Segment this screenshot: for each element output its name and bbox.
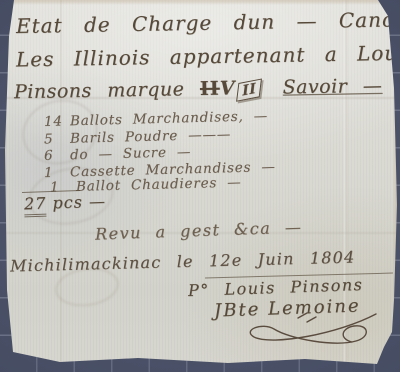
cargo-item-row: 5 Barils Poudre ——— <box>44 127 231 148</box>
document-paper: Etat de Charge dun — Canot pour Les Illi… <box>0 0 400 372</box>
item-qty: 14 <box>44 113 70 130</box>
title-line-3: Pinsons marque IIVII Savoir — <box>14 75 383 103</box>
photo-stage: Etat de Charge dun — Canot pour Les Illi… <box>0 0 400 372</box>
place-date-line: Michilimackinac le 12e Juin 1804 <box>10 247 356 275</box>
title-line-1: Etat de Charge dun — Canot pour <box>16 6 400 38</box>
item-desc: Ballots Marchandises, — <box>70 108 268 129</box>
title-line-3-text: Pinsons marque <box>14 78 185 103</box>
item-desc: do — Sucre — <box>70 144 192 163</box>
owner-mark-struck: II <box>200 78 220 100</box>
cargo-item-row: 14 Ballots Marchandises, — <box>44 108 268 130</box>
item-qty: 5 <box>44 131 70 148</box>
title-line-2: Les Illinois appartenant a Louis <box>16 41 400 72</box>
savoir-label: Savoir — <box>282 75 382 99</box>
total-line: 27 pcs — <box>24 192 107 214</box>
item-desc: Barils Poudre ——— <box>70 127 231 147</box>
total-qty: 27 <box>24 194 47 218</box>
signature-flourish <box>238 310 380 350</box>
total-unit: pcs — <box>52 192 106 213</box>
owner-mark-middle: V <box>220 77 236 99</box>
closing-line: Revu a gest &ca — <box>95 217 303 243</box>
owner-mark-diamond: II <box>236 78 262 101</box>
item-qty: 6 <box>44 147 70 164</box>
